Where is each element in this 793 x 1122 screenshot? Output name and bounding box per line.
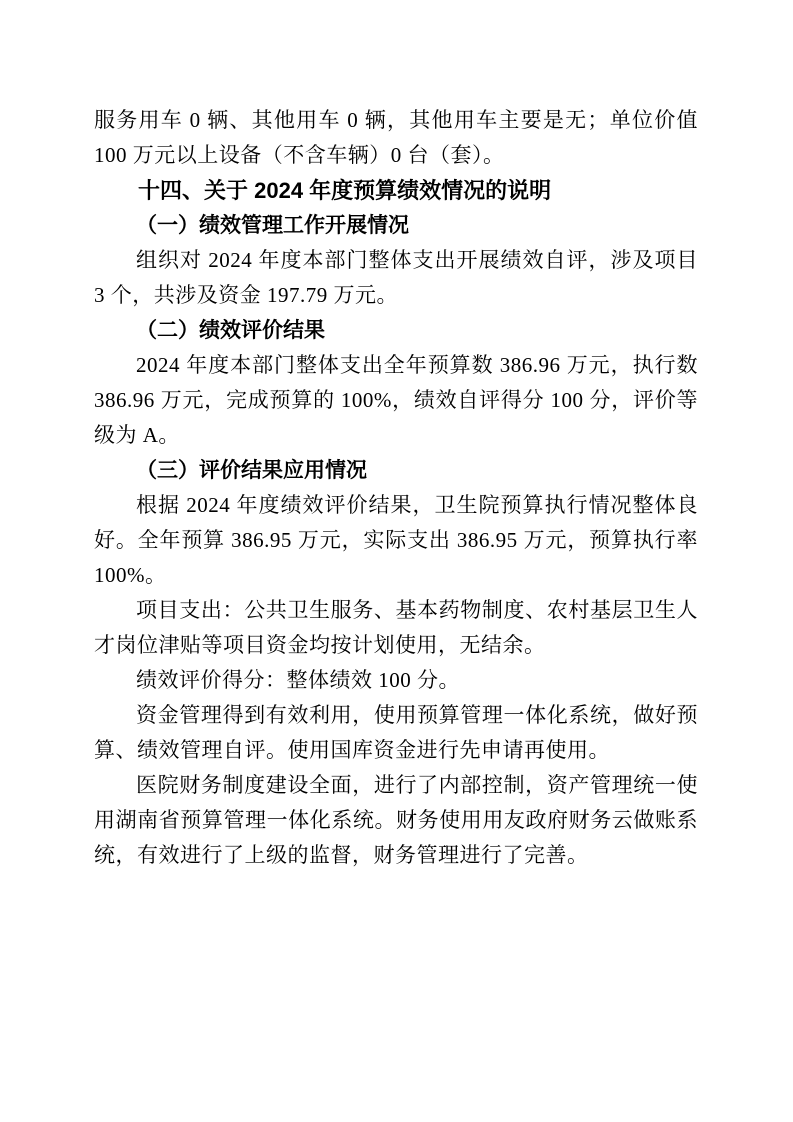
subsection-heading-2-evaluation-results: （二）绩效评价结果: [94, 313, 698, 348]
paragraph-performance-score: 绩效评价得分：整体绩效 100 分。: [94, 663, 698, 698]
section-heading-14-budget-performance: 十四、关于 2024 年度预算绩效情况的说明: [94, 173, 698, 208]
document-page: 服务用车 0 辆、其他用车 0 辆，其他用车主要是无；单位价值 100 万元以上…: [0, 0, 793, 1122]
subsection-heading-3-results-application: （三）评价结果应用情况: [94, 453, 698, 488]
paragraph-self-evaluation-scope: 组织对 2024 年度本部门整体支出开展绩效自评，涉及项目 3 个，共涉及资金 …: [94, 243, 698, 313]
subsection-heading-1-performance-management: （一）绩效管理工作开展情况: [94, 208, 698, 243]
paragraph-project-expenditure: 项目支出：公共卫生服务、基本药物制度、农村基层卫生人才岗位津贴等项目资金均按计划…: [94, 593, 698, 663]
paragraph-fund-management: 资金管理得到有效利用，使用预算管理一体化系统，做好预算、绩效管理自评。使用国库资…: [94, 698, 698, 768]
paragraph-vehicles-equipment: 服务用车 0 辆、其他用车 0 辆，其他用车主要是无；单位价值 100 万元以上…: [94, 103, 698, 173]
paragraph-budget-execution-results: 2024 年度本部门整体支出全年预算数 386.96 万元，执行数 386.96…: [94, 348, 698, 453]
paragraph-evaluation-application-summary: 根据 2024 年度绩效评价结果，卫生院预算执行情况整体良好。全年预算 386.…: [94, 488, 698, 593]
paragraph-financial-system: 医院财务制度建设全面，进行了内部控制，资产管理统一使用湖南省预算管理一体化系统。…: [94, 768, 698, 873]
